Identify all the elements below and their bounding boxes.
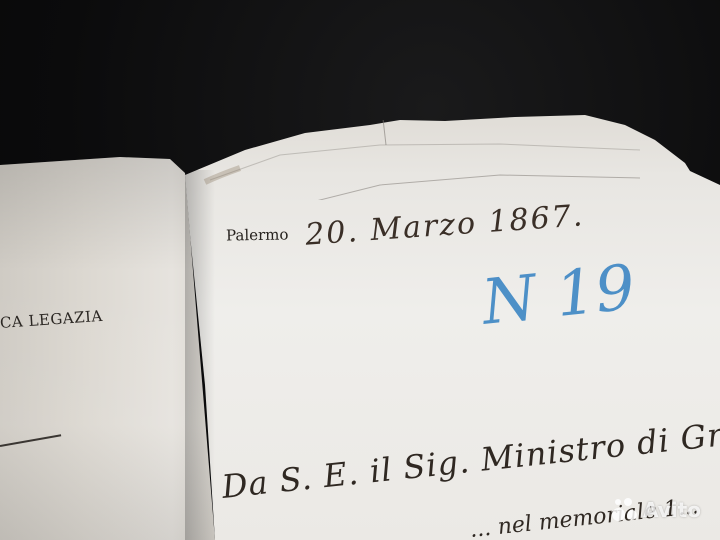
page-fold-shadow <box>185 170 215 540</box>
left-page <box>0 155 215 540</box>
avito-logo-icon <box>612 498 638 522</box>
document-photo: CA LEGAZIA Palermo 20. Marzo 1867. N 19 … <box>0 0 720 540</box>
avito-watermark: Avito <box>612 498 701 522</box>
place-label: Palermo <box>226 225 289 244</box>
watermark-label: Avito <box>643 498 701 522</box>
